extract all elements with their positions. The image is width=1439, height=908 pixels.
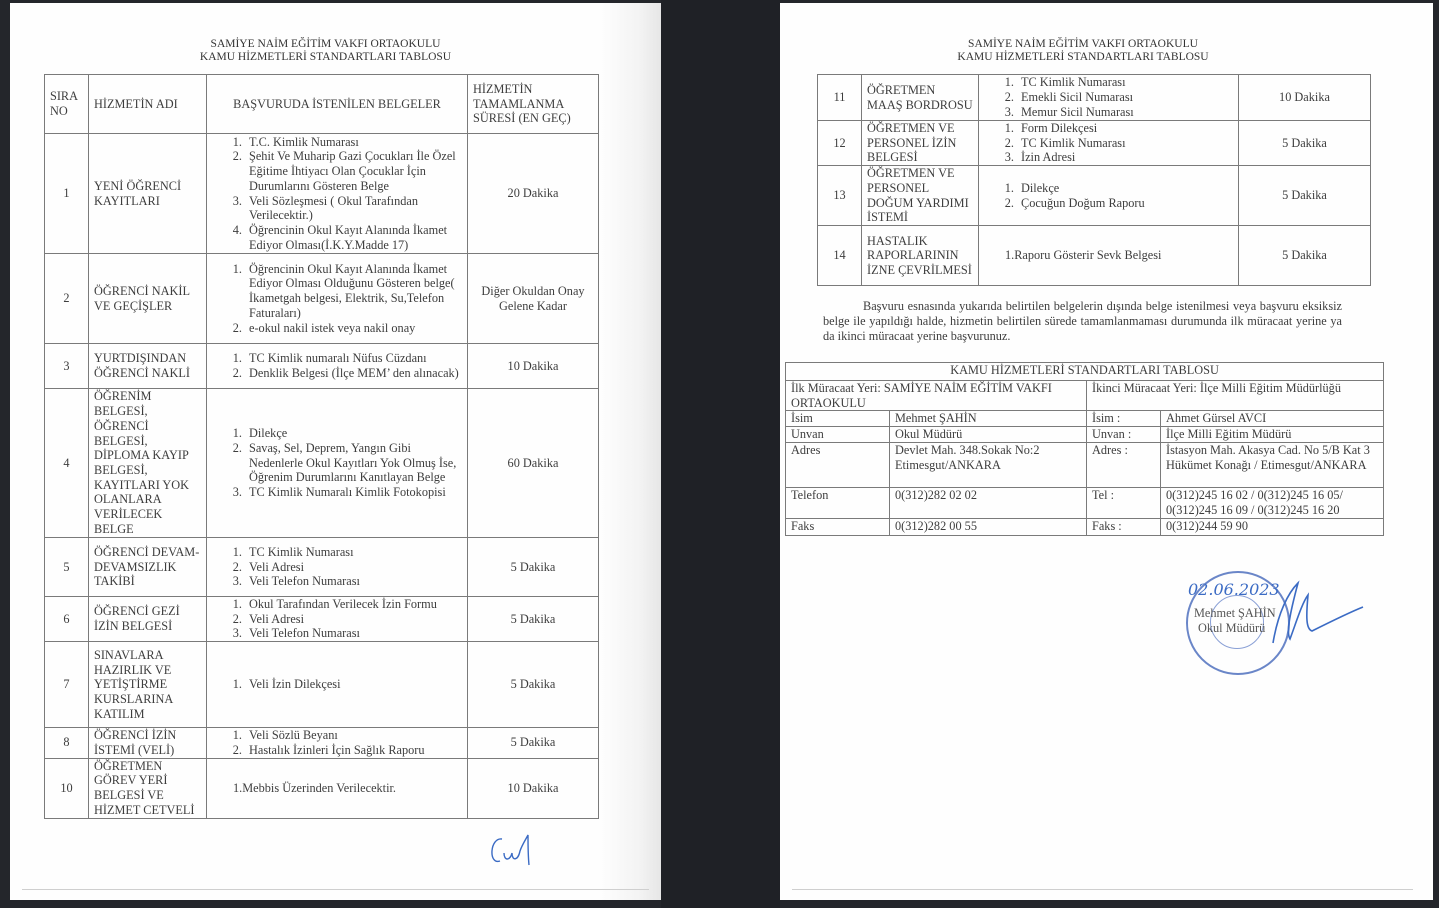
signature-initials	[488, 831, 538, 878]
service-name: ÖĞRENCİ NAKİL VE GEÇİŞLER	[89, 254, 207, 344]
document-item: Dilekçe	[245, 426, 462, 441]
services-table: SIRA NO HİZMETİN ADI BAŞVURUDA İSTENİLEN…	[44, 74, 599, 819]
document-item: Savaş, Sel, Deprem, Yangın Gibi Nedenler…	[245, 441, 462, 485]
contact-value: 0(312)244 59 90	[1161, 518, 1384, 535]
school-name: SAMİYE NAİM EĞİTİM VAKFI ORTAOKULU	[10, 38, 641, 51]
required-documents: TC Kimlik numaralı Nüfus CüzdanıDenklik …	[207, 344, 468, 389]
service-name: ÖĞRENCİ GEZİ İZİN BELGESİ	[89, 597, 207, 642]
row-number: 11	[818, 75, 862, 121]
table-row: 4ÖĞRENİM BELGESİ, ÖĞRENCİ BELGESİ, DİPLO…	[45, 389, 599, 538]
table-title: KAMU HİZMETLERİ STANDARTLARI TABLOSU	[780, 51, 1386, 64]
col-header-duration: HİZMETİN TAMAMLANMA SÜRESİ (EN GEÇ)	[468, 75, 599, 134]
document-item: Veli Telefon Numarası	[245, 626, 462, 641]
required-documents: T.C. Kimlik NumarasıŞehit Ve Muharip Gaz…	[207, 134, 468, 254]
contact-label: İsim	[786, 411, 890, 427]
service-name: ÖĞRETMEN MAAŞ BORDROSU	[862, 75, 979, 121]
table-row: 10ÖĞRETMEN GÖREV YERİ BELGESİ VE HİZMET …	[45, 758, 599, 818]
completion-time: 5 Dakika	[468, 642, 599, 728]
service-name: ÖĞRENİM BELGESİ, ÖĞRENCİ BELGESİ, DİPLOM…	[89, 389, 207, 538]
contact-value: 0(312)282 02 02	[890, 488, 1087, 518]
col-header-service: HİZMETİN ADI	[89, 75, 207, 134]
contact-label: Faks	[786, 518, 890, 535]
document-item: Okul Tarafından Verilecek İzin Formu	[245, 597, 462, 612]
service-name: ÖĞRETMEN VE PERSONEL DOĞUM YARDIMI İSTEM…	[862, 166, 979, 226]
row-number: 4	[45, 389, 89, 538]
document-item: Şehit Ve Muharip Gazi Çocukları İle Özel…	[245, 149, 462, 193]
required-documents: Form DilekçesiTC Kimlik Numarasıİzin Adr…	[979, 121, 1239, 166]
required-documents: 1.Mebbis Üzerinden Verilecektir.	[207, 758, 468, 818]
table-row: 6ÖĞRENCİ GEZİ İZİN BELGESİOkul Tarafında…	[45, 597, 599, 642]
document-item: Veli Sözleşmesi ( Okul Tarafından Verile…	[245, 194, 462, 223]
service-name: ÖĞRENCİ DEVAM-DEVAMSIZLIK TAKİBİ	[89, 538, 207, 597]
table-row: 14HASTALIK RAPORLARININ İZNE ÇEVRİLMESİ1…	[818, 226, 1371, 286]
contact-value: Okul Müdürü	[890, 427, 1087, 443]
contact-label: Unvan :	[1087, 427, 1161, 443]
document-item: Hastalık İzinleri İçin Sağlık Raporu	[245, 743, 462, 758]
document-page-2: SAMİYE NAİM EĞİTİM VAKFI ORTAOKULU KAMU …	[780, 3, 1433, 900]
document-item: Veli Sözlü Beyanı	[245, 728, 462, 743]
document-item: İzin Adresi	[1017, 150, 1233, 165]
services-table-continued: 11ÖĞRETMEN MAAŞ BORDROSUTC Kimlik Numara…	[817, 74, 1371, 286]
col-header-no: SIRA NO	[45, 75, 89, 134]
contact-table-title: KAMU HİZMETLERİ STANDARTLARI TABLOSU	[786, 363, 1384, 381]
row-number: 5	[45, 538, 89, 597]
required-documents: DilekçeÇocuğun Doğum Raporu	[979, 166, 1239, 226]
table-row: 3YURTDIŞINDAN ÖĞRENCİ NAKLİTC Kimlik num…	[45, 344, 599, 389]
svg-text:02.06.2023: 02.06.2023	[1188, 580, 1280, 599]
table-row: 8ÖĞRENCİ İZİN İSTEMİ (VELİ)Veli Sözlü Be…	[45, 728, 599, 758]
document-item: TC Kimlik numaralı Nüfus Cüzdanı	[245, 351, 462, 366]
service-name: SINAVLARA HAZIRLIK VE YETİŞTİRME KURSLAR…	[89, 642, 207, 728]
document-item: Memur Sicil Numarası	[1017, 105, 1233, 120]
completion-time: 10 Dakika	[468, 758, 599, 818]
document-item: Form Dilekçesi	[1017, 121, 1233, 136]
table-row: 5ÖĞRENCİ DEVAM-DEVAMSIZLIK TAKİBİTC Kiml…	[45, 538, 599, 597]
required-documents: Veli Sözlü BeyanıHastalık İzinleri İçin …	[207, 728, 468, 758]
contact-label: Unvan	[786, 427, 890, 443]
row-number: 13	[818, 166, 862, 226]
first-application-place: İlk Müracaat Yeri: SAMİYE NAİM EĞİTİM VA…	[786, 381, 1087, 411]
table-row: 7SINAVLARA HAZIRLIK VE YETİŞTİRME KURSLA…	[45, 642, 599, 728]
completion-time: 5 Dakika	[468, 728, 599, 758]
contact-label: Telefon	[786, 488, 890, 518]
required-documents: Veli İzin Dilekçesi	[207, 642, 468, 728]
contact-value: Ahmet Gürsel AVCI	[1161, 411, 1384, 427]
document-item: TC Kimlik Numarası	[245, 545, 462, 560]
service-name: YENİ ÖĞRENCİ KAYITLARI	[89, 134, 207, 254]
contact-table: KAMU HİZMETLERİ STANDARTLARI TABLOSU İlk…	[785, 362, 1384, 536]
page-footer-rule	[22, 889, 649, 890]
row-number: 10	[45, 758, 89, 818]
page-gap	[661, 0, 780, 908]
contact-label: Adres	[786, 443, 890, 488]
completion-time: 20 Dakika	[468, 134, 599, 254]
required-documents: TC Kimlik NumarasıVeli AdresiVeli Telefo…	[207, 538, 468, 597]
service-name: ÖĞRETMEN VE PERSONEL İZİN BELGESİ	[862, 121, 979, 166]
contact-value: İstasyon Mah. Akasya Cad. No 5/B Kat 3 H…	[1161, 443, 1384, 488]
document-item: Denklik Belgesi (İlçe MEM’ den alınacak)	[245, 366, 462, 381]
contact-row: UnvanOkul MüdürüUnvan :İlçe Milli Eğitim…	[786, 427, 1384, 443]
row-number: 1	[45, 134, 89, 254]
document-item: TC Kimlik Numarası	[1017, 136, 1233, 151]
contact-row: Faks0(312)282 00 55Faks :0(312)244 59 90	[786, 518, 1384, 535]
contact-label: Faks :	[1087, 518, 1161, 535]
service-name: YURTDIŞINDAN ÖĞRENCİ NAKLİ	[89, 344, 207, 389]
contact-value: 0(312)245 16 02 / 0(312)245 16 05/ 0(312…	[1161, 488, 1384, 518]
service-name: ÖĞRENCİ İZİN İSTEMİ (VELİ)	[89, 728, 207, 758]
table-row: 1YENİ ÖĞRENCİ KAYITLARIT.C. Kimlik Numar…	[45, 134, 599, 254]
row-number: 14	[818, 226, 862, 286]
signature: 02.06.2023	[1178, 573, 1368, 663]
table-row: 12ÖĞRETMEN VE PERSONEL İZİN BELGESİForm …	[818, 121, 1371, 166]
required-documents: DilekçeSavaş, Sel, Deprem, Yangın Gibi N…	[207, 389, 468, 538]
second-application-place: İkinci Müracaat Yeri: İlçe Milli Eğitim …	[1087, 381, 1384, 411]
row-number: 8	[45, 728, 89, 758]
document-item: Veli Adresi	[245, 560, 462, 575]
contact-value: 0(312)282 00 55	[890, 518, 1087, 535]
completion-time: 5 Dakika	[1239, 166, 1371, 226]
contact-value: Mehmet ŞAHİN	[890, 411, 1087, 427]
document-item: Veli Telefon Numarası	[245, 574, 462, 589]
contact-row: İsimMehmet ŞAHİNİsim :Ahmet Gürsel AVCI	[786, 411, 1384, 427]
document-page-1: SAMİYE NAİM EĞİTİM VAKFI ORTAOKULU KAMU …	[10, 3, 661, 900]
table-row: 2ÖĞRENCİ NAKİL VE GEÇİŞLERÖğrencinin Oku…	[45, 254, 599, 344]
document-item: Veli Adresi	[245, 612, 462, 627]
document-item: Öğrencinin Okul Kayıt Alanında İkamet Ed…	[245, 223, 462, 252]
page-header: SAMİYE NAİM EĞİTİM VAKFI ORTAOKULU KAMU …	[10, 38, 641, 64]
document-item: Çocuğun Doğum Raporu	[1017, 196, 1233, 211]
document-item: e-okul nakil istek veya nakil onay	[245, 321, 462, 336]
required-documents: 1.Raporu Gösterir Sevk Belgesi	[979, 226, 1239, 286]
col-header-documents: BAŞVURUDA İSTENİLEN BELGELER	[207, 75, 468, 134]
completion-time: Diğer Okuldan Onay Gelene Kadar	[468, 254, 599, 344]
row-number: 12	[818, 121, 862, 166]
service-name: HASTALIK RAPORLARININ İZNE ÇEVRİLMESİ	[862, 226, 979, 286]
required-documents: Öğrencinin Okul Kayıt Alanında İkamet Ed…	[207, 254, 468, 344]
row-number: 3	[45, 344, 89, 389]
required-documents: TC Kimlik NumarasıEmekli Sicil NumarasıM…	[979, 75, 1239, 121]
document-item: Veli İzin Dilekçesi	[245, 677, 462, 692]
completion-time: 5 Dakika	[1239, 121, 1371, 166]
completion-time: 5 Dakika	[1239, 226, 1371, 286]
contact-label: Tel :	[1087, 488, 1161, 518]
required-documents: Okul Tarafından Verilecek İzin FormuVeli…	[207, 597, 468, 642]
document-item: TC Kimlik Numarası	[1017, 75, 1233, 90]
row-number: 7	[45, 642, 89, 728]
table-title: KAMU HİZMETLERİ STANDARTLARI TABLOSU	[10, 51, 641, 64]
document-item: T.C. Kimlik Numarası	[245, 135, 462, 150]
school-name: SAMİYE NAİM EĞİTİM VAKFI ORTAOKULU	[780, 38, 1386, 51]
document-item: Öğrencinin Okul Kayıt Alanında İkamet Ed…	[245, 262, 462, 321]
completion-time: 5 Dakika	[468, 597, 599, 642]
appeal-note: Başvuru esnasında yukarıda belirtilen be…	[823, 299, 1342, 344]
document-item: TC Kimlik Numaralı Kimlik Fotokopisi	[245, 485, 462, 500]
completion-time: 10 Dakika	[1239, 75, 1371, 121]
document-item: Dilekçe	[1017, 181, 1233, 196]
completion-time: 5 Dakika	[468, 538, 599, 597]
page-header: SAMİYE NAİM EĞİTİM VAKFI ORTAOKULU KAMU …	[780, 38, 1386, 64]
contact-row: Telefon0(312)282 02 02Tel :0(312)245 16 …	[786, 488, 1384, 518]
page-footer-rule	[792, 889, 1413, 890]
contact-label: Adres :	[1087, 443, 1161, 488]
table-row: 11ÖĞRETMEN MAAŞ BORDROSUTC Kimlik Numara…	[818, 75, 1371, 121]
row-number: 6	[45, 597, 89, 642]
completion-time: 60 Dakika	[468, 389, 599, 538]
table-row: 13ÖĞRETMEN VE PERSONEL DOĞUM YARDIMI İST…	[818, 166, 1371, 226]
contact-value: Devlet Mah. 348.Sokak No:2 Etimesgut/ANK…	[890, 443, 1087, 488]
row-number: 2	[45, 254, 89, 344]
completion-time: 10 Dakika	[468, 344, 599, 389]
service-name: ÖĞRETMEN GÖREV YERİ BELGESİ VE HİZMET CE…	[89, 758, 207, 818]
contact-row: AdresDevlet Mah. 348.Sokak No:2 Etimesgu…	[786, 443, 1384, 488]
contact-label: İsim :	[1087, 411, 1161, 427]
document-item: Emekli Sicil Numarası	[1017, 90, 1233, 105]
contact-value: İlçe Milli Eğitim Müdürü	[1161, 427, 1384, 443]
table-header-row: SIRA NO HİZMETİN ADI BAŞVURUDA İSTENİLEN…	[45, 75, 599, 134]
